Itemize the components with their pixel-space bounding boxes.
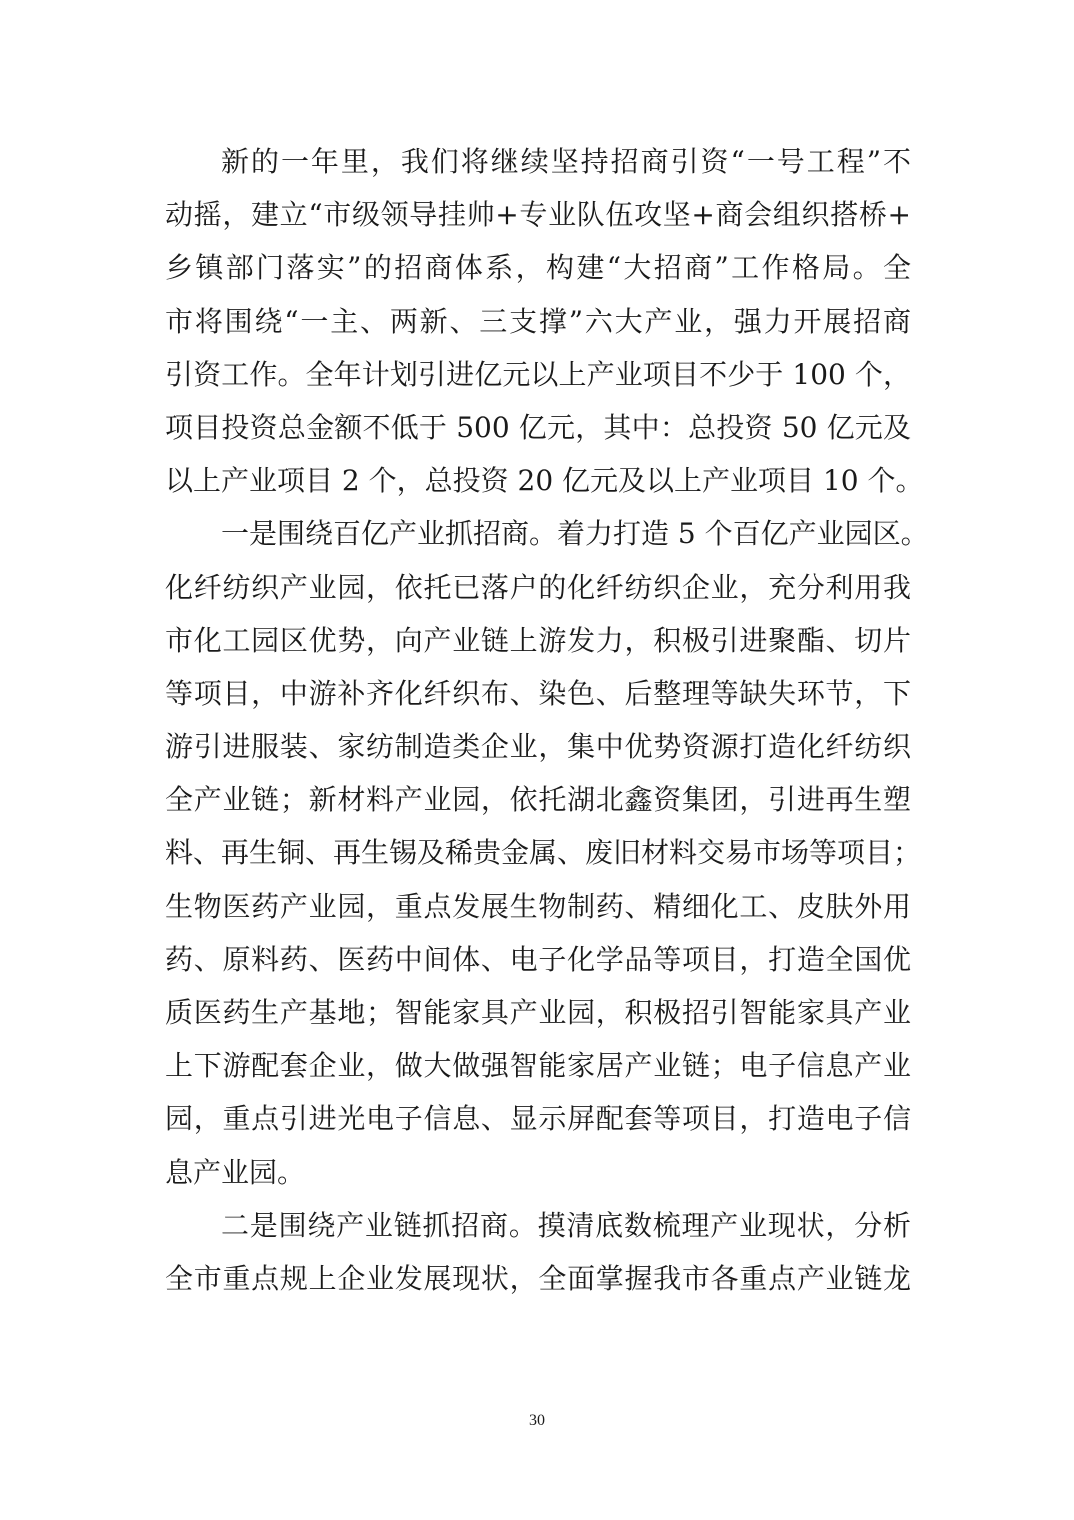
text-line: 全市重点规上企业发展现状，全面掌握我市各重点产业链龙 <box>165 1252 911 1305</box>
text-line: 上下游配套企业，做大做强智能家居产业链；电子信息产业 <box>165 1039 911 1092</box>
text-line: 料、再生铜、再生锡及稀贵金属、废旧材料交易市场等项目； <box>165 826 911 879</box>
text-line: 二是围绕产业链抓招商。摸清底数梳理产业现状，分析 <box>165 1199 911 1252</box>
text-line: 等项目，中游补齐化纤织布、染色、后整理等缺失环节，下 <box>165 667 911 720</box>
text-line: 游引进服装、家纺制造类企业，集中优势资源打造化纤纺织 <box>165 720 911 773</box>
document-page: 新的一年里，我们将继续坚持招商引资“一号工程”不 动摇，建立“市级领导挂帅+专业… <box>0 0 1074 1520</box>
document-body: 新的一年里，我们将继续坚持招商引资“一号工程”不 动摇，建立“市级领导挂帅+专业… <box>165 135 911 1305</box>
text-line: 全产业链；新材料产业园，依托湖北鑫资集团，引进再生塑 <box>165 773 911 826</box>
text-line: 一是围绕百亿产业抓招商。着力打造 5 个百亿产业园区。 <box>165 507 911 560</box>
text-line: 药、原料药、医药中间体、电子化学品等项目，打造全国优 <box>165 933 911 986</box>
text-line: 市化工园区优势，向产业链上游发力，积极引进聚酯、切片 <box>165 614 911 667</box>
text-line: 息产业园。 <box>165 1146 911 1199</box>
text-line: 乡镇部门落实”的招商体系，构建“大招商”工作格局。全 <box>165 241 911 294</box>
text-line: 园，重点引进光电子信息、显示屏配套等项目，打造电子信 <box>165 1092 911 1145</box>
text-line: 生物医药产业园，重点发展生物制药、精细化工、皮肤外用 <box>165 880 911 933</box>
paragraph-point-two: 二是围绕产业链抓招商。摸清底数梳理产业现状，分析 全市重点规上企业发展现状，全面… <box>165 1199 911 1305</box>
page-number: 30 <box>0 1412 1074 1430</box>
text-line: 项目投资总金额不低于 500 亿元，其中：总投资 50 亿元及 <box>165 401 911 454</box>
text-line: 以上产业项目 2 个，总投资 20 亿元及以上产业项目 10 个。 <box>165 454 911 507</box>
text-line: 新的一年里，我们将继续坚持招商引资“一号工程”不 <box>165 135 911 188</box>
text-line: 动摇，建立“市级领导挂帅+专业队伍攻坚+商会组织搭桥+ <box>165 188 911 241</box>
text-line: 引资工作。全年计划引进亿元以上产业项目不少于 100 个， <box>165 348 911 401</box>
text-line: 质医药生产基地；智能家具产业园，积极招引智能家具产业 <box>165 986 911 1039</box>
paragraph-intro: 新的一年里，我们将继续坚持招商引资“一号工程”不 动摇，建立“市级领导挂帅+专业… <box>165 135 911 507</box>
text-line: 市将围绕“一主、两新、三支撑”六大产业，强力开展招商 <box>165 295 911 348</box>
paragraph-point-one: 一是围绕百亿产业抓招商。着力打造 5 个百亿产业园区。 化纤纺织产业园，依托已落… <box>165 507 911 1198</box>
text-line: 化纤纺织产业园，依托已落户的化纤纺织企业，充分利用我 <box>165 561 911 614</box>
